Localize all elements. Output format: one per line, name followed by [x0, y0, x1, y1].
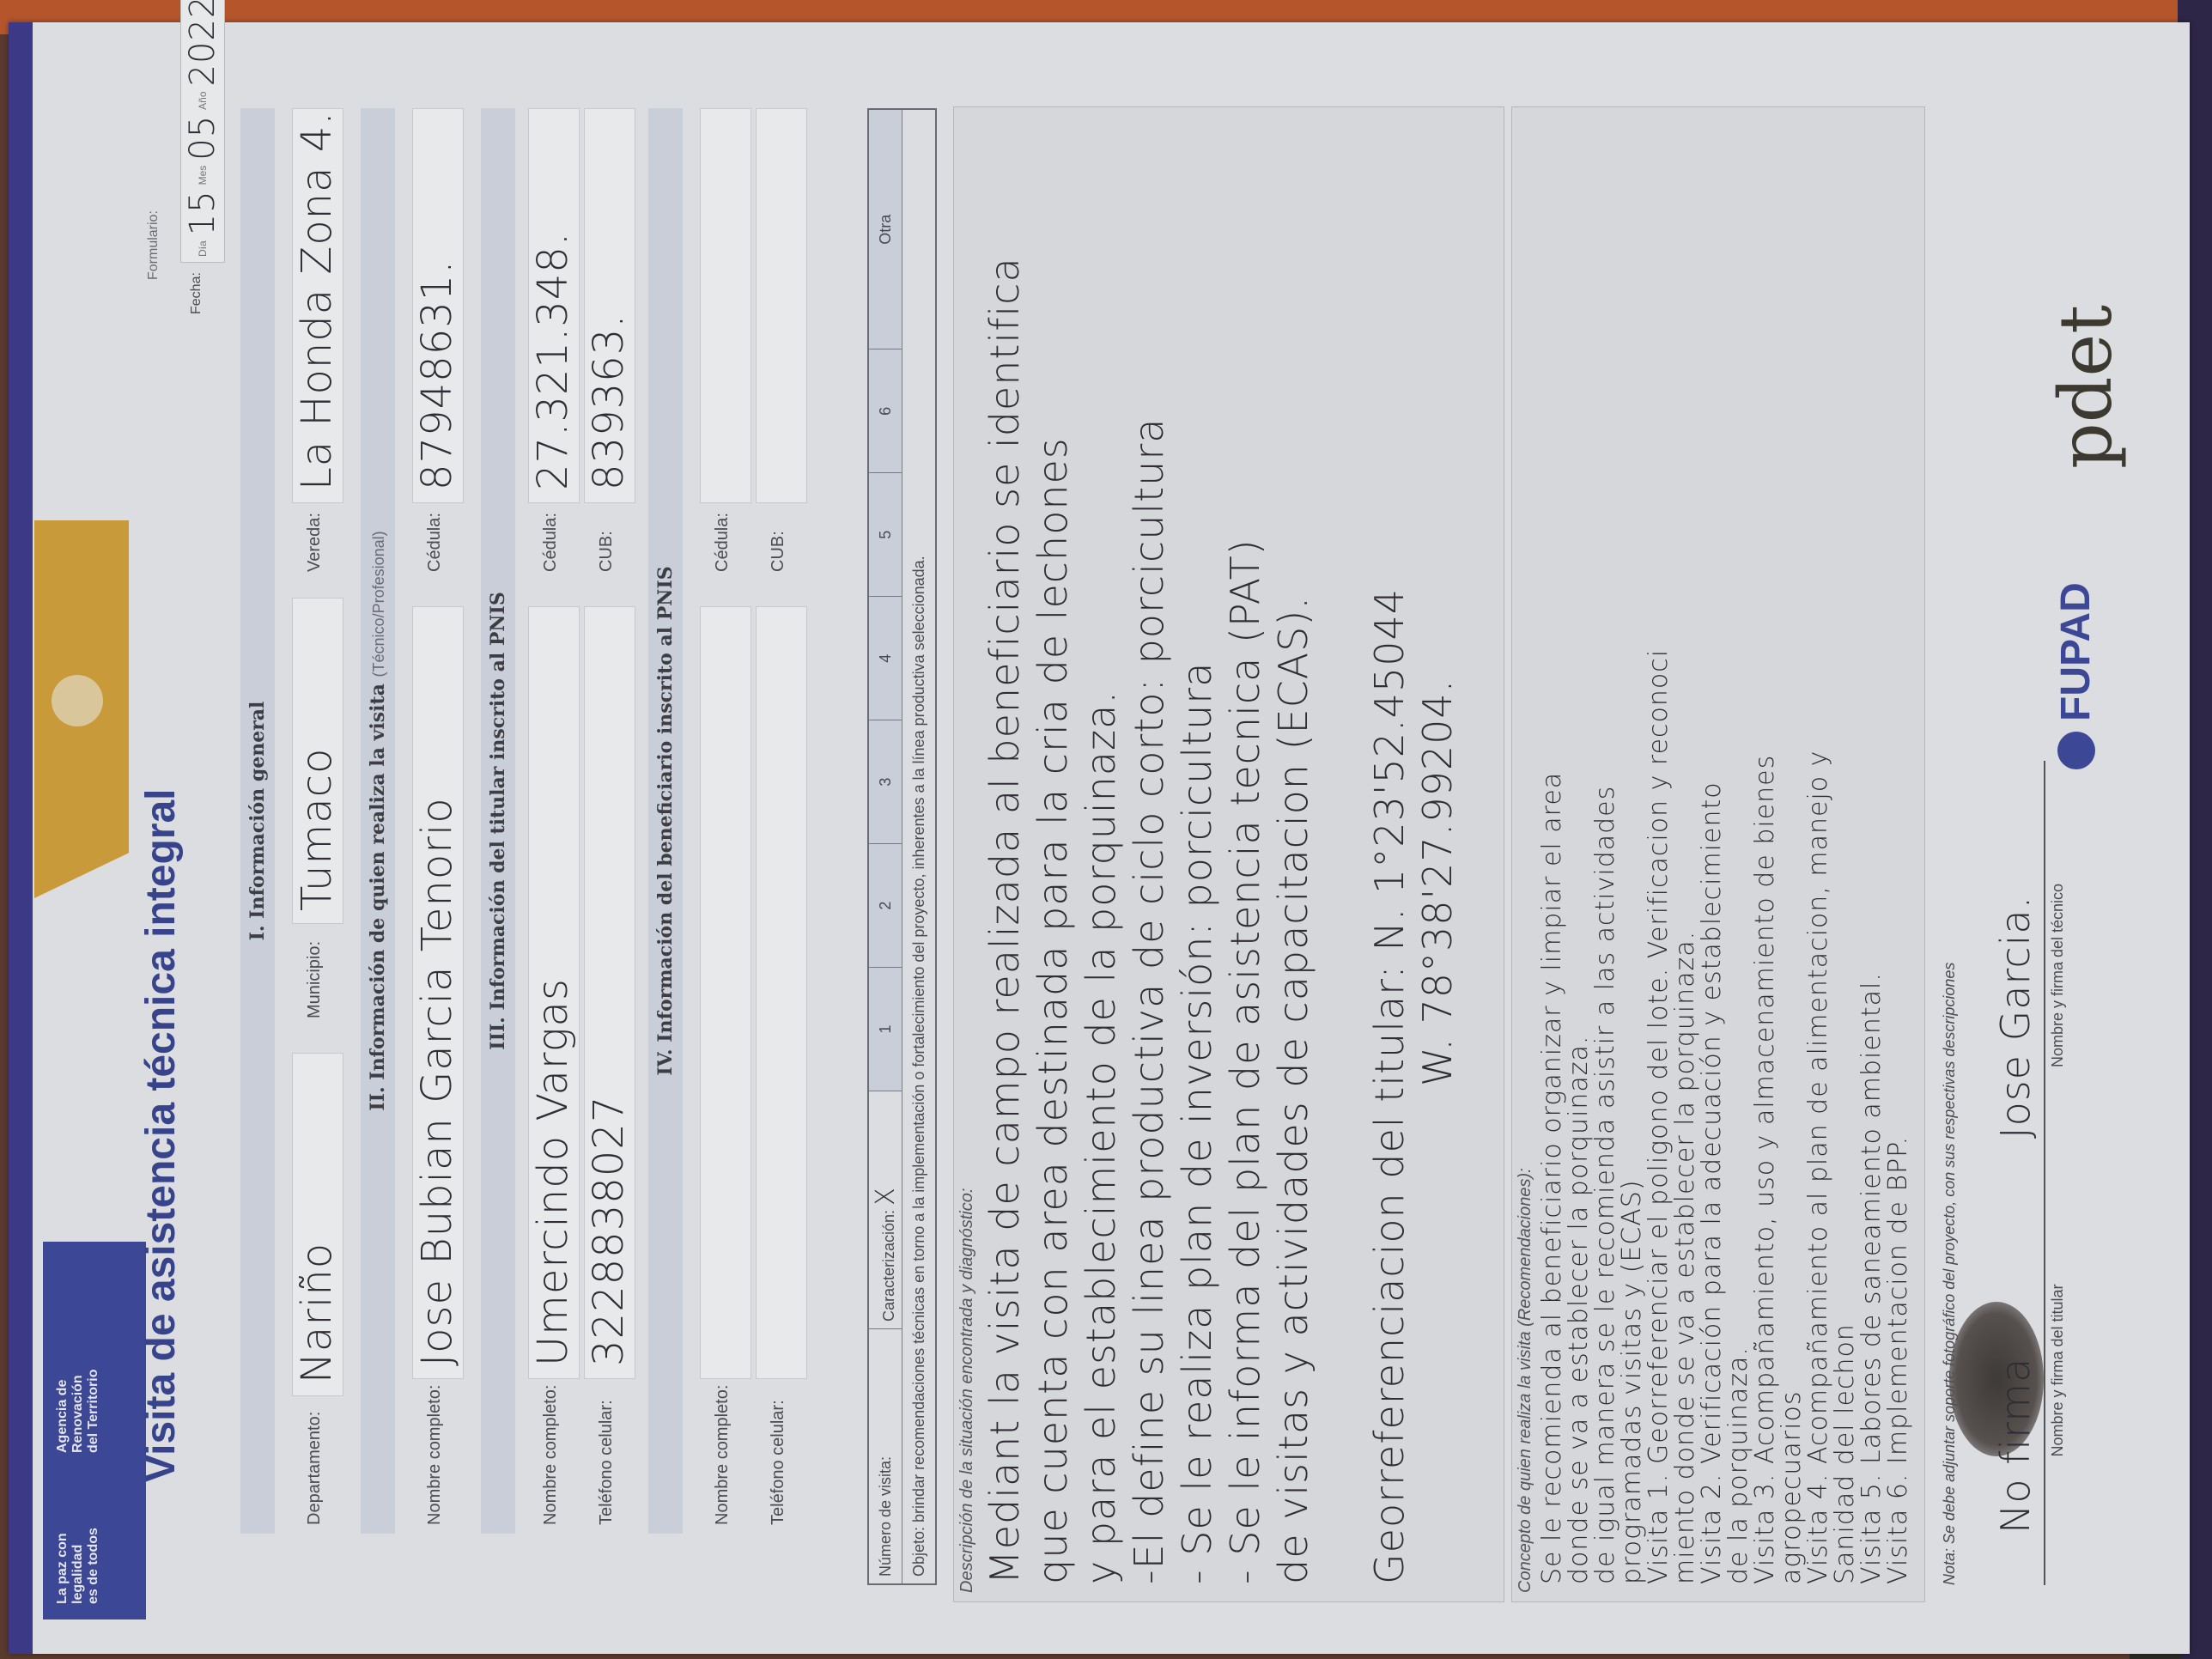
descripcion-line: de visitas y actividades de capacitacion… — [1269, 125, 1317, 1584]
concepto-line: Sanidad del lechon — [1832, 125, 1858, 1584]
concepto-panel[interactable]: Concepto de quien realiza la visita (Rec… — [1511, 106, 1925, 1602]
dia-value: 15 — [183, 190, 222, 235]
descripcion-line: Mediant la visita de campo realizada al … — [981, 125, 1029, 1584]
government-logo: La paz con legalidad es de todos Agencia… — [43, 1242, 146, 1619]
date-field[interactable]: Día 15 Mes 05 Año 2022. — [180, 0, 225, 263]
municipio-field[interactable]: Tumaco — [292, 598, 343, 924]
titular-cedula-label: Cédula: — [541, 513, 561, 572]
numero-visita-label: Número de visita: — [868, 1329, 902, 1585]
concepto-line: Visita 5. Labores de saneamiento ambient… — [1858, 125, 1885, 1584]
titular-signature: No firma — [1992, 1358, 2039, 1534]
titular-cub-label: CUB: — [597, 531, 617, 572]
descripcion-line: - Se le informa del plan de asistencia t… — [1221, 125, 1269, 1584]
municipio-value: Tumaco — [293, 748, 341, 923]
agency-line: Renovación — [70, 1324, 86, 1453]
concepto-line: de la porquinaza. — [1725, 125, 1752, 1584]
titular-telefono-field[interactable]: 3228838027 — [584, 606, 635, 1379]
tecnico-cedula-value: 87948631. — [413, 259, 461, 502]
beneficiario-cedula-field[interactable] — [700, 108, 751, 503]
visit-option-2[interactable]: 2 — [868, 844, 902, 968]
departamento-value: Nariño — [293, 1243, 341, 1395]
descripcion-label: Descripción de la situación encontrada y… — [954, 107, 981, 1601]
concepto-line: Visita 2. Verificación para la adecuació… — [1698, 125, 1725, 1584]
visit-option-6[interactable]: 6 — [868, 349, 902, 473]
beneficiario-nombre-field[interactable] — [700, 606, 751, 1379]
beneficiario-cub-value — [757, 490, 805, 502]
beneficiario-cedula-value — [701, 490, 749, 502]
seal-icon — [52, 675, 103, 726]
concepto-line: agropecuarios — [1778, 125, 1805, 1584]
georreferenciacion-line: W. 78°38'27.99204. — [1413, 125, 1461, 1584]
concepto-line: Visita 4. Acompañamiento al plan de alim… — [1805, 125, 1832, 1584]
logo-line: es de todos — [86, 1475, 101, 1604]
beneficiario-cub-field[interactable] — [756, 108, 807, 503]
titular-cedula-field[interactable]: 27.321.348. — [528, 108, 580, 503]
titular-cub-value: 839363. — [585, 314, 633, 503]
beneficiario-nombre-value — [701, 1366, 749, 1378]
caracterizacion-checkmark: X — [871, 1187, 901, 1206]
section-tecnico-heading: II. Información de quien realiza la visi… — [361, 108, 395, 1534]
visit-option-otra[interactable]: Otra — [868, 109, 902, 349]
logo-line: legalidad — [70, 1475, 86, 1604]
beneficiario-nombre-label: Nombre completo: — [713, 1385, 732, 1525]
titular-cub-field[interactable]: 839363. — [584, 108, 635, 503]
titular-nombre-field[interactable]: Umercindo Vargas — [528, 606, 580, 1379]
descripcion-line: y para el establecimiento de la porquina… — [1077, 125, 1125, 1584]
descripcion-panel[interactable]: Descripción de la situación encontrada y… — [953, 106, 1504, 1602]
concepto-line: programadas visitas y (ECAS) — [1619, 125, 1645, 1584]
beneficiario-cedula-label: Cédula: — [713, 513, 732, 572]
descripcion-line: -El define su linea productiva de ciclo … — [1125, 125, 1173, 1584]
tecnico-signature-label: Nombre y firma del técnico — [2049, 884, 2066, 1067]
visit-option-1[interactable]: 1 — [868, 968, 902, 1091]
titular-cedula-value: 27.321.348. — [529, 232, 577, 502]
pdet-logo: pdet — [2044, 305, 2128, 469]
beneficiario-cub-label: CUB: — [769, 531, 788, 572]
vereda-field[interactable]: La Honda Zona 4. — [292, 108, 343, 503]
fecha-label: Fecha: — [189, 272, 204, 314]
tecnico-nombre-value: Jose Bubian Garcia Tenorio — [413, 797, 461, 1378]
visit-option-3[interactable]: 3 — [868, 720, 902, 844]
descripcion-text: Mediant la visita de campo realizada al … — [981, 107, 1461, 1601]
descripcion-line — [1317, 125, 1365, 1584]
logo-line: La paz con — [55, 1475, 70, 1604]
fupad-logo-text: FUPAD — [2052, 582, 2100, 721]
concepto-line: Visita 3. Acompañamiento, uso y almacena… — [1752, 125, 1778, 1584]
objeto-text: Objeto: brindar recomendaciones técnicas… — [902, 109, 937, 1584]
fupad-logo: FUPAD — [2052, 582, 2100, 769]
section-general-heading: I. Información general — [240, 108, 275, 1534]
titular-nombre-value: Umercindo Vargas — [529, 978, 577, 1378]
beneficiario-telefono-label: Teléfono celular: — [769, 1400, 788, 1525]
vereda-value: La Honda Zona 4. — [293, 111, 341, 502]
section-tecnico-title: II. Información de quien realiza la visi… — [367, 684, 389, 1111]
visit-option-4[interactable]: 4 — [868, 597, 902, 720]
titular-signature-line[interactable]: No firma Nombre y firma del titular — [2044, 1156, 2067, 1585]
tecnico-nombre-label: Nombre completo: — [425, 1385, 445, 1525]
visit-option-5[interactable]: 5 — [868, 473, 902, 597]
tecnico-cedula-label: Cédula: — [425, 513, 445, 572]
titular-telefono-label: Teléfono celular: — [597, 1400, 617, 1525]
formulario-label: Formulario: — [146, 210, 161, 280]
page-edge — [9, 22, 33, 1654]
tecnico-nombre-field[interactable]: Jose Bubian Garcia Tenorio — [412, 606, 464, 1379]
section-beneficiario-heading: IV. Información del beneficiario inscrit… — [648, 108, 683, 1534]
dia-label: Día — [197, 240, 209, 257]
beneficiario-telefono-field[interactable] — [756, 606, 807, 1379]
mes-value: 05 — [183, 115, 222, 161]
ano-value: 2022. — [183, 0, 222, 86]
titular-nombre-label: Nombre completo: — [541, 1385, 561, 1525]
descripcion-line: que cuenta con area destinada para la cr… — [1029, 125, 1077, 1584]
concepto-line: donde se va a establecer la porquinaza. — [1565, 125, 1592, 1584]
mes-label: Mes — [197, 166, 209, 185]
titular-signature-label: Nombre y firma del titular — [2049, 1284, 2066, 1456]
section-titular-heading: III. Información del titular inscrito al… — [481, 108, 515, 1534]
form-title: Visita de asistencia técnica integral — [137, 789, 185, 1483]
departamento-label: Departamento: — [305, 1412, 325, 1525]
agency-line: del Territorio — [86, 1324, 101, 1453]
agency-line: Agencia de — [55, 1324, 70, 1453]
concepto-line: Visita 1. Georreferenciar el poligono de… — [1645, 125, 1672, 1584]
concepto-label: Concepto de quien realiza la visita (Rec… — [1512, 107, 1539, 1601]
section-tecnico-subtitle: (Técnico/Profesional) — [370, 531, 387, 677]
georreferenciacion-line: Georreferenciacion del titular: N. 1°23'… — [1365, 125, 1413, 1584]
concepto-line: de igual manera se le recomienda asistir… — [1592, 125, 1619, 1584]
concepto-line: Se le recomienda al beneficiario organiz… — [1539, 125, 1565, 1584]
globe-icon — [2057, 732, 2095, 769]
tecnico-signature: Jose Garcia. — [1992, 896, 2039, 1139]
titular-telefono-value: 3228838027 — [585, 1096, 633, 1378]
tecnico-cedula-field[interactable]: 87948631. — [412, 108, 464, 503]
descripcion-line: - Se le realiza plan de inversión: porci… — [1173, 125, 1221, 1584]
visit-number-table: Número de visita: Caracterización: X 1 2… — [867, 108, 937, 1585]
tecnico-signature-line[interactable]: Jose Garcia. Nombre y firma del técnico — [2044, 761, 2067, 1190]
caracterizacion-label: Caracterización: — [880, 1210, 897, 1322]
caracterizacion-cell[interactable]: Caracterización: X — [868, 1091, 902, 1329]
concepto-line: miento donde se va a establecer la porqu… — [1672, 125, 1698, 1584]
municipio-label: Municipio: — [305, 941, 325, 1018]
beneficiario-telefono-value — [757, 1366, 805, 1378]
ano-label: Año — [197, 91, 209, 109]
concepto-line: Visita 6. Implementacion de BPP. — [1885, 125, 1911, 1584]
concepto-text: Se le recomienda al beneficiario organiz… — [1539, 107, 1911, 1601]
departamento-field[interactable]: Nariño — [292, 1053, 343, 1396]
vereda-label: Vereda: — [305, 513, 325, 572]
nota-text: Nota: Se debe adjuntar soporte fotográfi… — [1941, 963, 1959, 1585]
form-page: La paz con legalidad es de todos Agencia… — [9, 22, 2190, 1654]
